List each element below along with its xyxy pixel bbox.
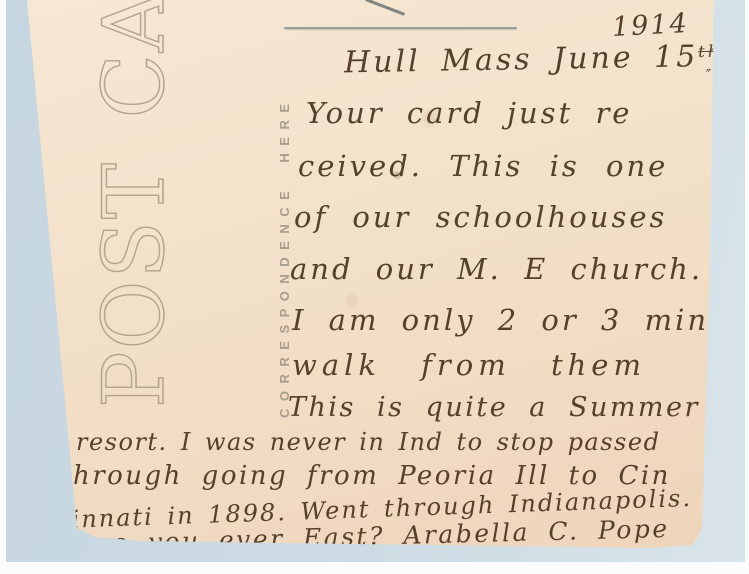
postcard-brand-text: POST CARD [86,0,183,408]
dateline-text: Hull Mass June 15th″ [344,39,731,81]
message-line: Your card just re [306,96,632,130]
message-line: I am only 2 or 3 min [292,303,709,337]
message-line: walk from them [292,348,646,382]
message-line: This is quite a Summer [288,392,700,423]
message-line: resort. I was never in Ind to stop passe… [76,428,660,456]
photo-stage: POST CARD CORRESPONDENCE HERE 1914 Hull … [0,0,749,574]
message-line: of our schoolhouses [294,200,667,234]
message-line: through going from Peoria Ill to Cin [60,461,671,491]
postcard: POST CARD CORRESPONDENCE HERE 1914 Hull … [0,0,749,574]
message-line: ceived. This is one [298,149,668,183]
pen-stroke-mark [365,0,405,15]
dateline-main: Hull Mass June 15 [344,39,699,80]
divider-line [284,27,517,29]
year-text: 1914 [611,8,689,43]
message-line: and our M. E church. [290,252,703,286]
